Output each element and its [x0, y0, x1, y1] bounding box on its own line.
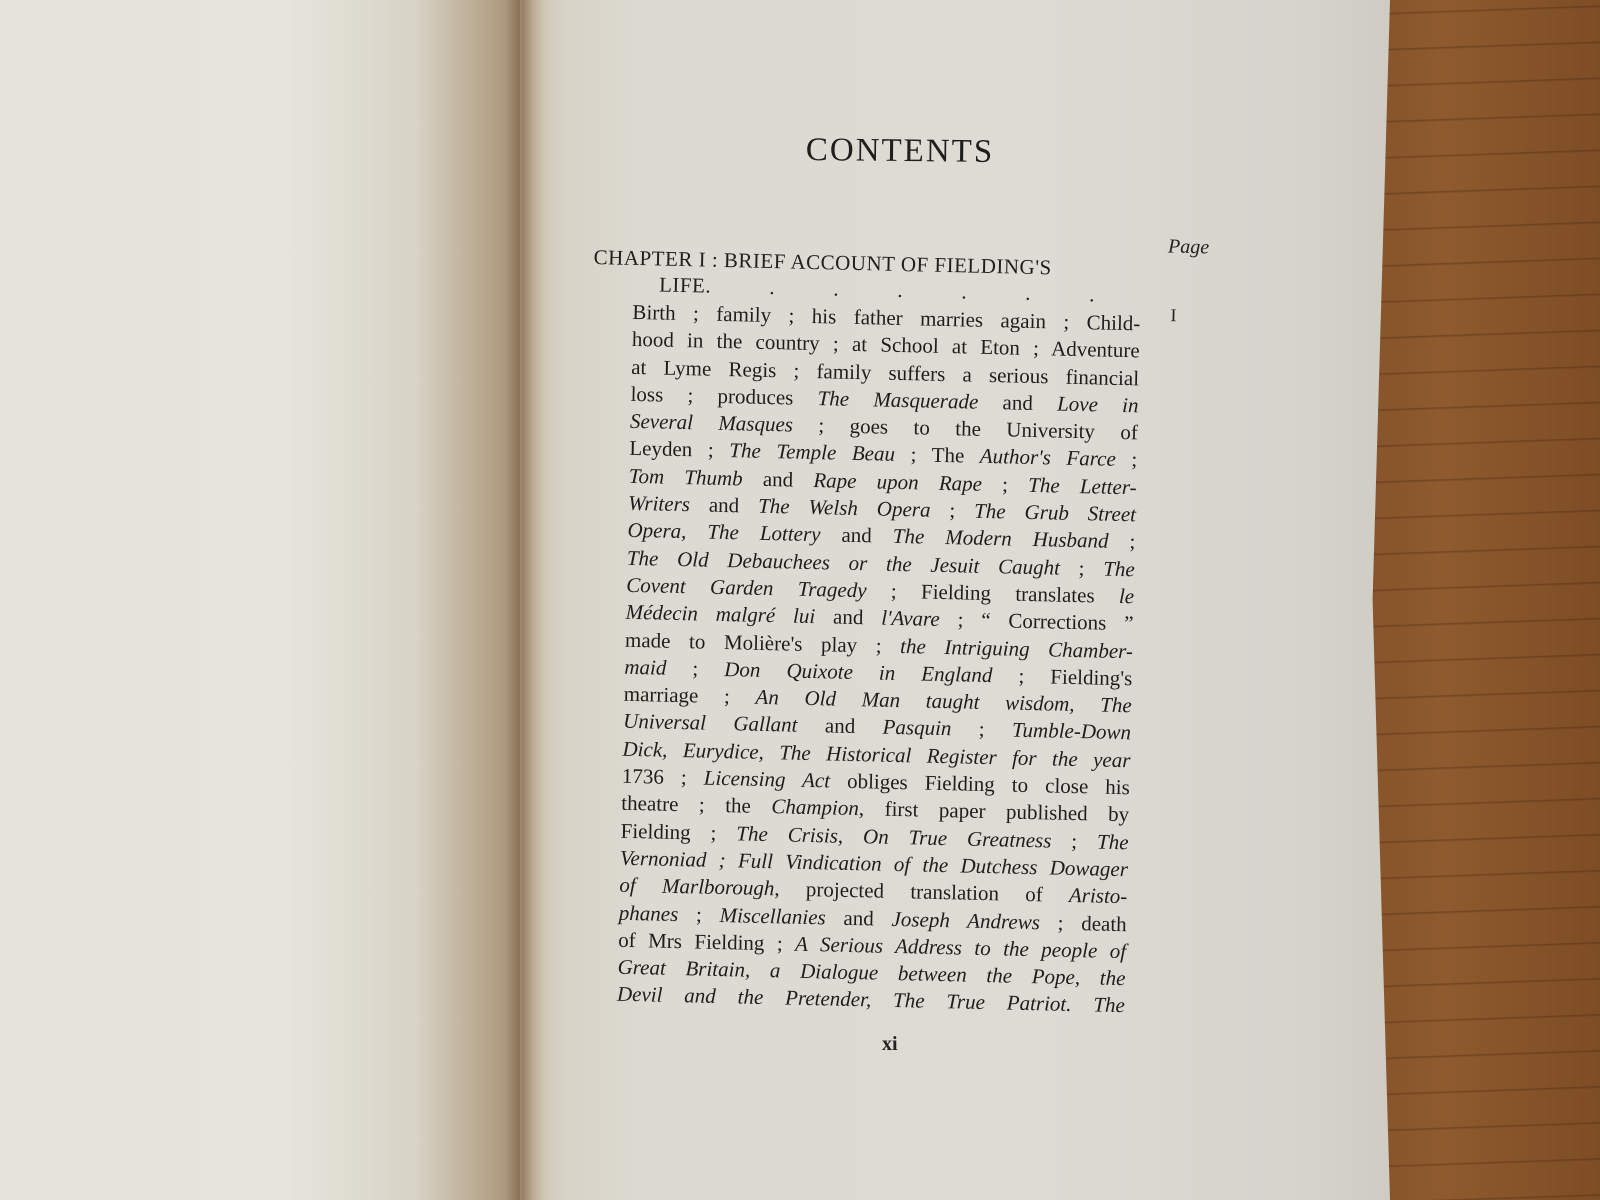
page-column-label: Page	[1168, 235, 1210, 259]
book-gutter-shadow	[505, 0, 545, 1200]
chapter-summary: Birth ; family ; his father marries agai…	[617, 299, 1141, 1020]
left-page-blank	[0, 0, 520, 1200]
page-folio: xi	[882, 1033, 898, 1056]
toc-entry-chapter-1: CHAPTER I : BRIEF ACCOUNT OF FIELDING'S …	[577, 244, 1234, 1022]
page-title: CONTENTS	[525, 129, 1275, 174]
chapter-page-number: I	[1170, 305, 1176, 326]
right-page-contents: CONTENTS Page CHAPTER I : BRIEF ACCOUNT …	[520, 0, 1390, 1200]
